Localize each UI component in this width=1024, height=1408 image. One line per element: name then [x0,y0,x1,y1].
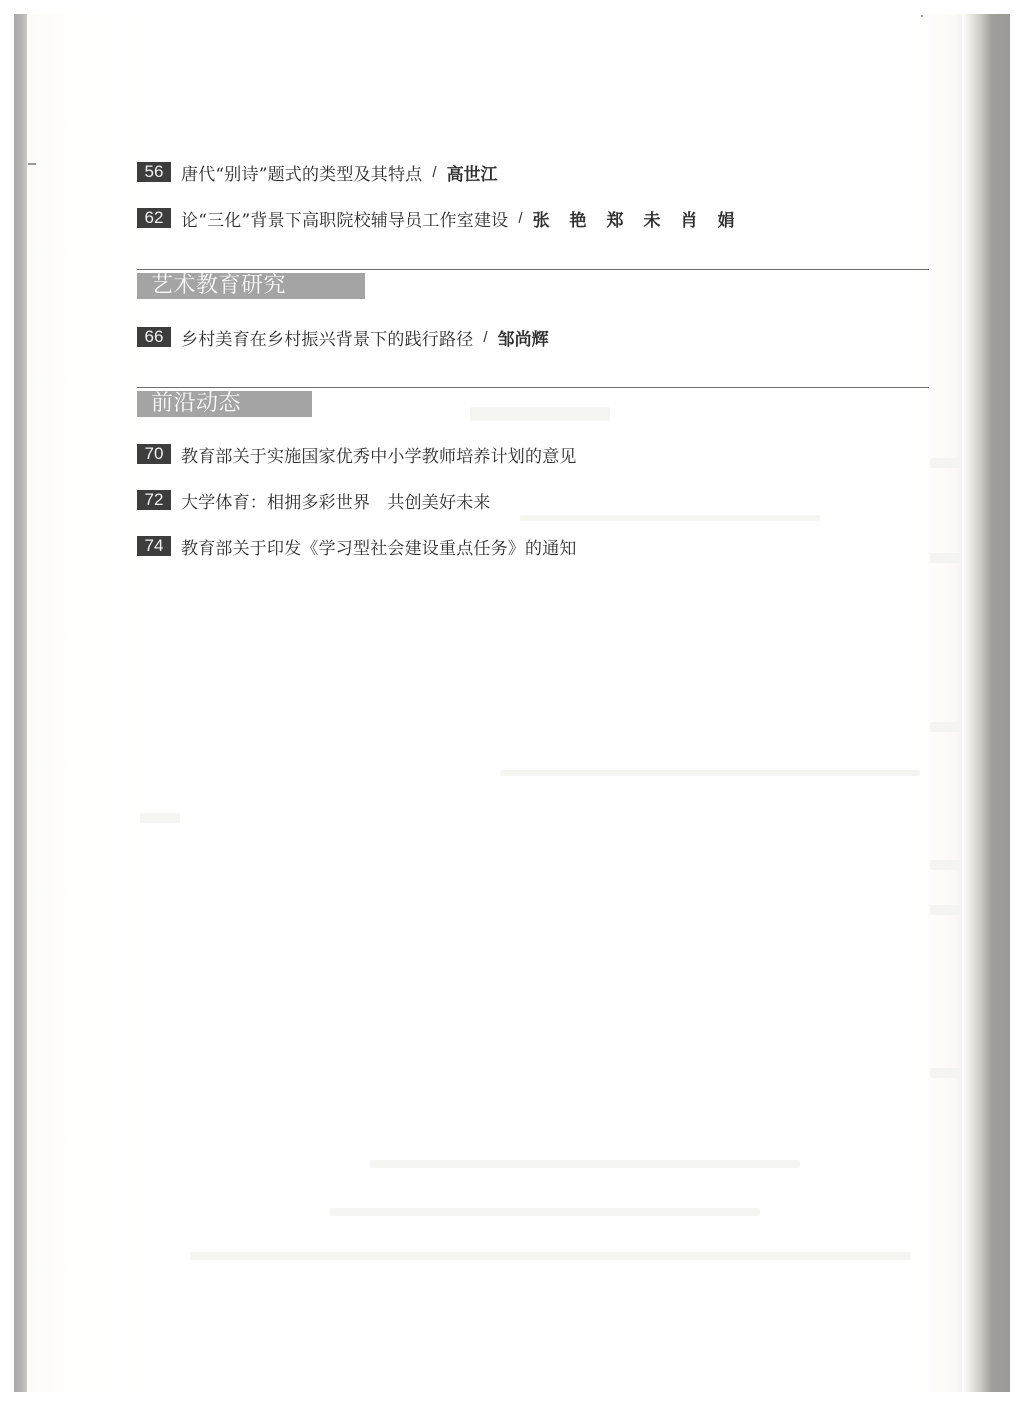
section-rule [137,269,929,270]
toc-entry[interactable]: 56 唐代“别诗”题式的类型及其特点 / 高世江 [137,161,498,183]
article-title: 大学体育：相拥多彩世界 共创美好未来 [181,488,491,513]
author-separator: / [432,164,436,181]
author-separator: / [483,329,487,346]
article-title: 乡村美育在乡村振兴背景下的践行路径 [181,325,473,350]
section-header-frontier-news: 前沿动态 [137,387,929,419]
section-rule [137,387,929,388]
page-number-badge: 70 [137,444,171,464]
article-title: 论“三化”背景下高职院校辅导员工作室建设 [181,206,508,231]
article-author: 邹尚辉 [498,325,549,350]
toc-entry[interactable]: 74 教育部关于印发《学习型社会建设重点任务》的通知 [137,535,577,557]
article-title: 唐代“别诗”题式的类型及其特点 [181,160,422,185]
scanned-page: 56 唐代“别诗”题式的类型及其特点 / 高世江 62 论“三化”背景下高职院校… [0,0,1024,1408]
toc-entry[interactable]: 66 乡村美育在乡村振兴背景下的践行路径 / 邹尚辉 [137,326,549,348]
section-title: 前沿动态 [137,391,312,417]
page-number-badge: 62 [137,208,171,228]
toc-content: 56 唐代“别诗”题式的类型及其特点 / 高世江 62 论“三化”背景下高职院校… [0,0,1024,1408]
section-title: 艺术教育研究 [137,273,365,299]
toc-entry[interactable]: 72 大学体育：相拥多彩世界 共创美好未来 [137,489,491,511]
page-number-badge: 66 [137,327,171,347]
article-author: 张艳郑未肖娟 [533,206,755,231]
page-number-badge: 74 [137,536,171,556]
toc-entry[interactable]: 62 论“三化”背景下高职院校辅导员工作室建设 / 张艳郑未肖娟 [137,207,755,229]
page-number-badge: 56 [137,162,171,182]
author-separator: / [518,210,522,227]
article-title: 教育部关于实施国家优秀中小学教师培养计划的意见 [181,442,577,467]
toc-entry[interactable]: 70 教育部关于实施国家优秀中小学教师培养计划的意见 [137,443,577,465]
article-author: 高世江 [447,160,498,185]
page-number-badge: 72 [137,490,171,510]
section-header-art-education: 艺术教育研究 [137,269,929,301]
article-title: 教育部关于印发《学习型社会建设重点任务》的通知 [181,534,577,559]
